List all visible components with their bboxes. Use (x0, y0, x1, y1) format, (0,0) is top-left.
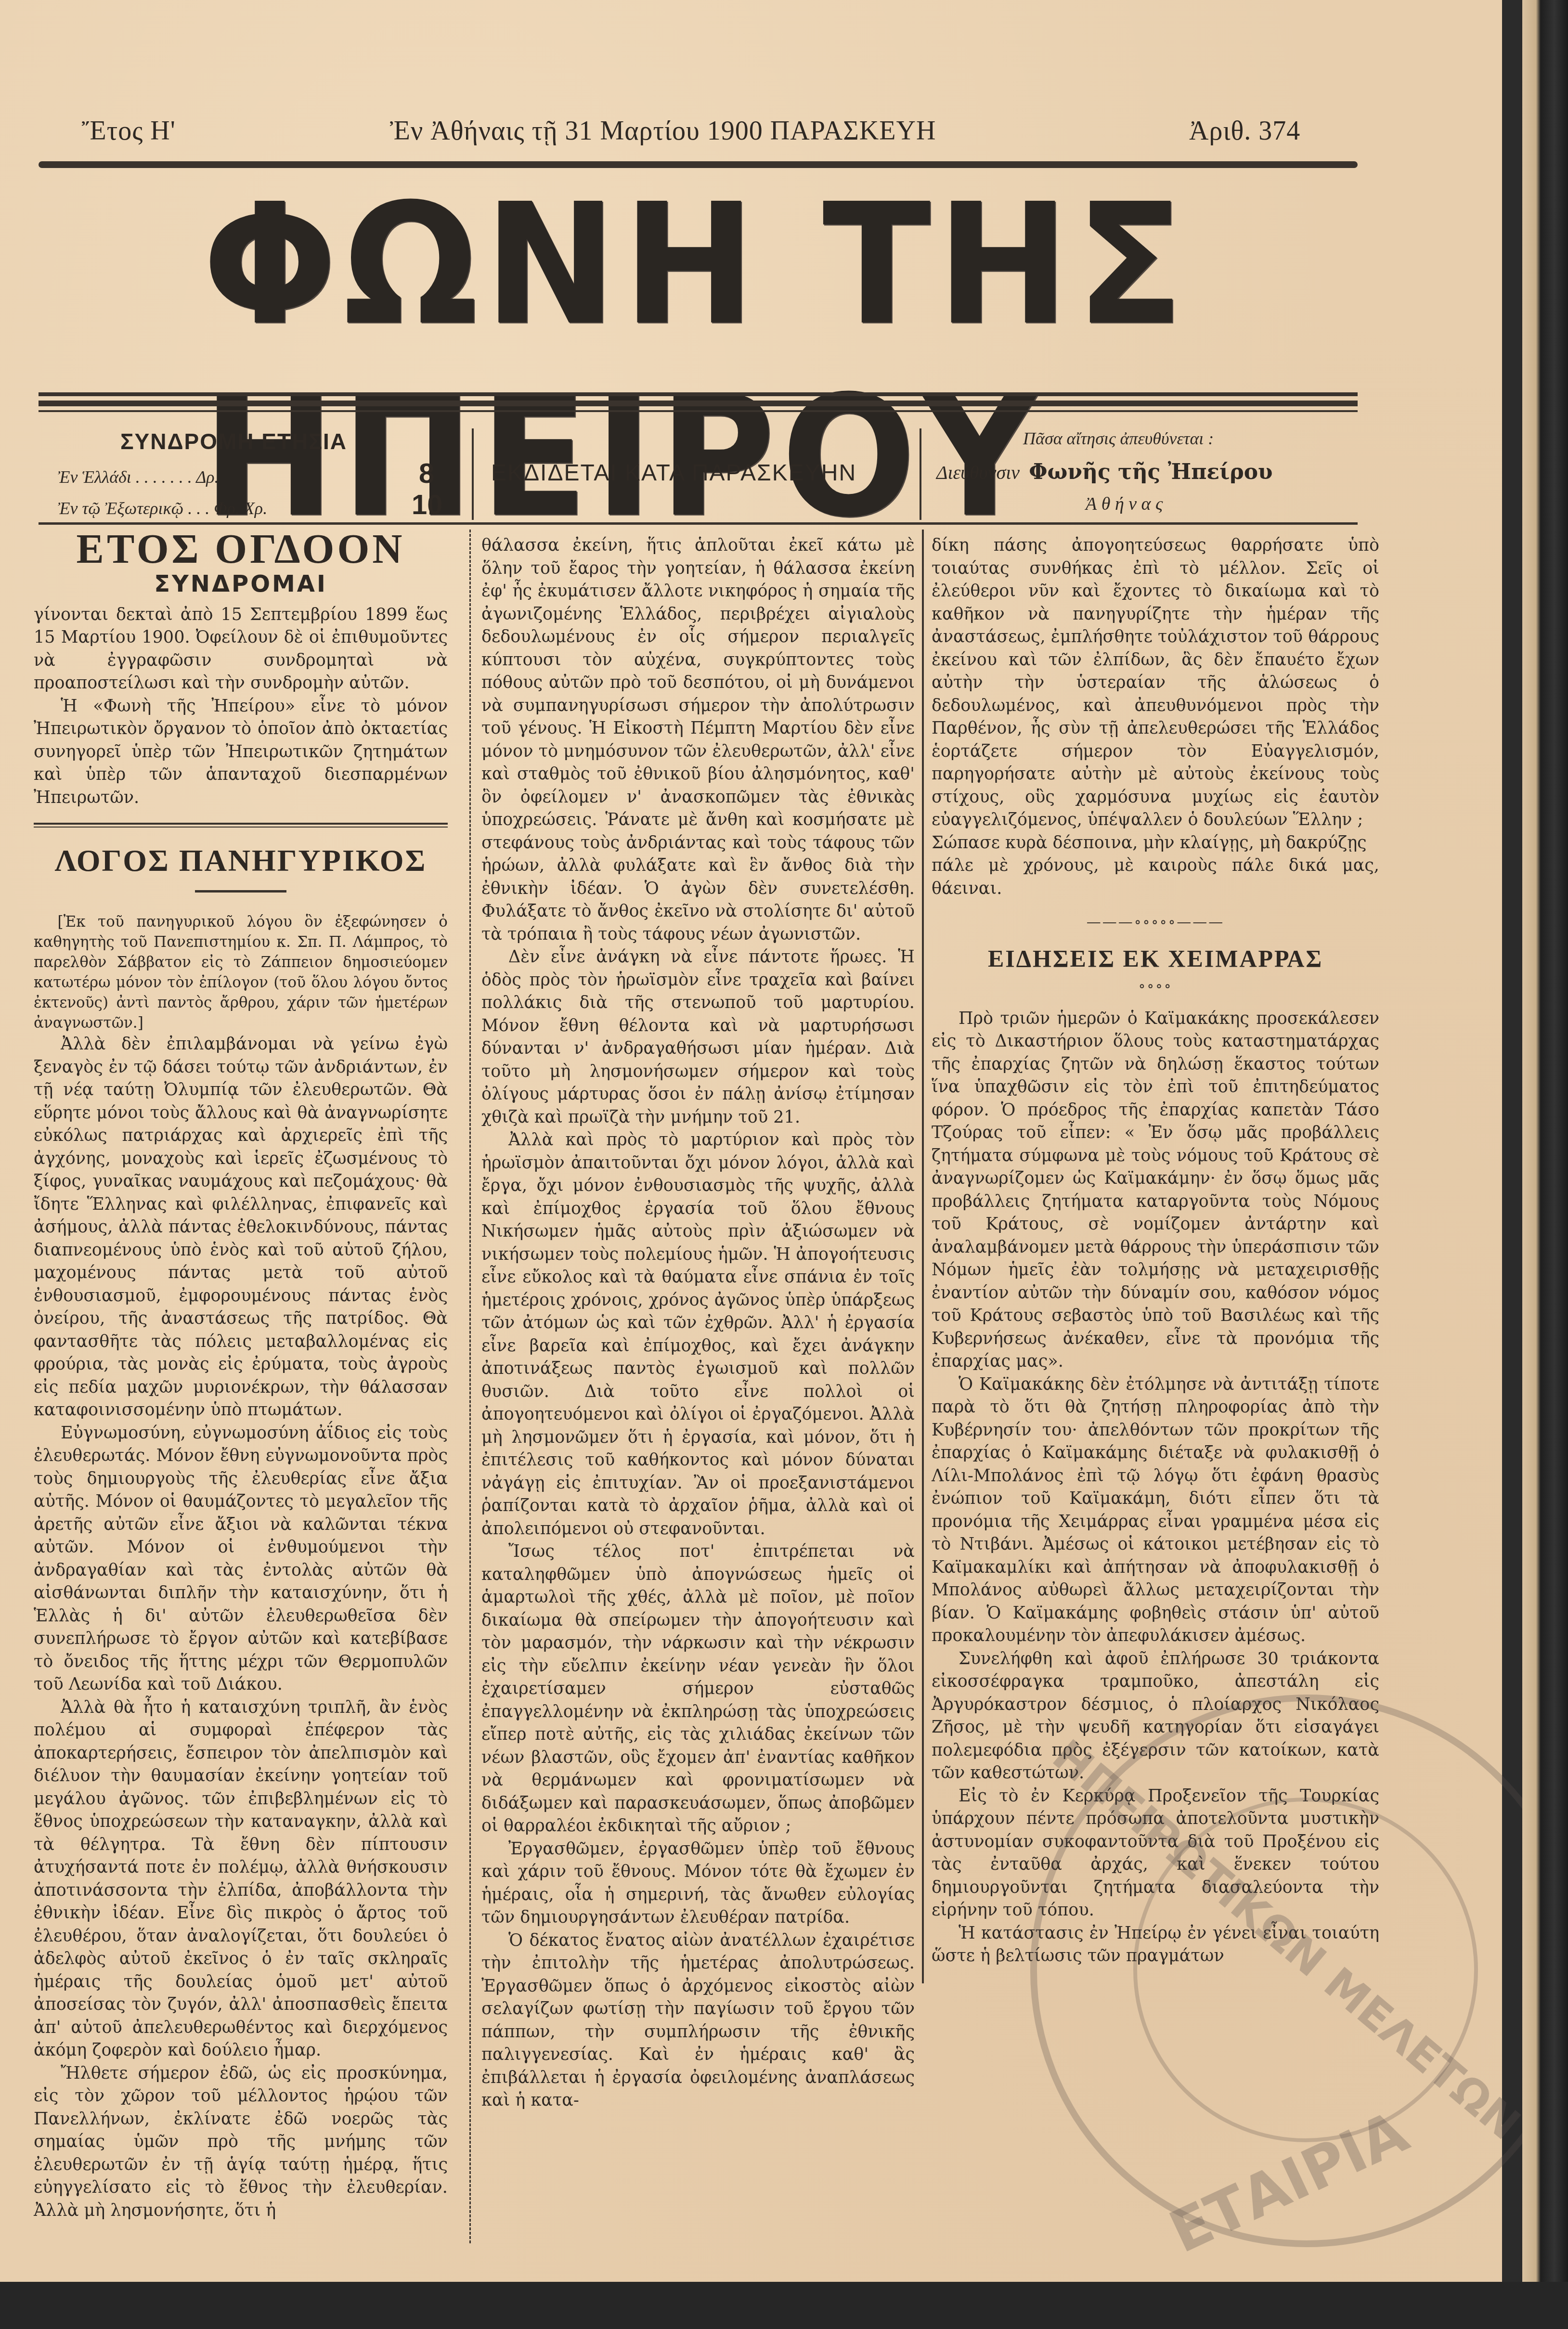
stamp-text-bottom: ΕΤΑΙΡΙΑ (1160, 2098, 1418, 2266)
verse-line: Σώπασε κυρὰ δέσποινα, μὴν κλαίγῃς, μὴ δα… (932, 832, 1379, 855)
abroad-label: Ἐν τῷ Ἐξωτερικῷ . . . Φρ. Χρ. (58, 498, 267, 518)
news-paragraph: Πρὸ τριῶν ἡμερῶν ὁ Καϊμακάκης προσεκάλεσ… (932, 1008, 1379, 1373)
subscription-heading: ΣΥΝΔΡΟΜΗ ΕΤΗΣΙΑ (120, 428, 347, 454)
info-bar: ΣΥΝΔΡΟΜΗ ΕΤΗΣΙΑ Ἐν Ἑλλάδι . . . . . . . … (39, 409, 1358, 515)
article-paragraph: Ἴσως τέλος ποτ' ἐπιτρέπεται νὰ καταληφθῶ… (481, 1540, 915, 1838)
notice-paragraph-1: γίνονται δεκταὶ ἀπὸ 15 Σεπτεμβρίου 1899 … (34, 604, 448, 695)
article-intro: [Ἐκ τοῦ πανηγυρικοῦ λόγου ὃν ἐξεφώνησεν … (34, 912, 448, 1033)
article-paragraph: Εὐγνωμοσύνη, εὐγνωμοσύνη ἀΐδιος εἰς τοὺς… (34, 1422, 448, 1696)
info-divider-2 (920, 428, 921, 520)
news-paragraph: Ὁ Καϊμακάκης δὲν ἐτόλμησε νὰ ἀντιτάξῃ τί… (932, 1373, 1379, 1648)
masthead-bottom-rule-2 (39, 401, 1358, 406)
address-city: Ἀ θ ή ν α ς (1086, 493, 1163, 515)
news-paragraph: Συνελήφθη καὶ ἀφοῦ ἐπλήρωσε 30 τριάκοντα… (932, 1648, 1379, 1785)
article-paragraph: Ὁ δέκατος ἔνατος αἰὼν ἀνατέλλων ἐχαιρέτι… (481, 1929, 915, 2112)
article-paragraph: Δὲν εἶνε ἀνάγκη νὰ εἶνε πάντοτε ἥρωες. Ἡ… (481, 946, 915, 1129)
article-paragraph: Ἀλλὰ καὶ πρὸς τὸ μαρτύριον καὶ πρὸς τὸν … (481, 1129, 915, 1540)
news-heading: ΕΙΔΗΣΕΙΣ ΕΚ ΧΕΙΜΑΡΡΑΣ (932, 947, 1379, 970)
masthead-bottom-rule-1 (39, 392, 1358, 396)
article-paragraph: θάλασσα ἐκείνη, ἥτις ἁπλοῦται ἐκεῖ κάτω … (481, 534, 915, 946)
article-paragraph: Ἀλλὰ θὰ ἦτο ἡ καταισχύνη τριπλῆ, ἂν ἑνὸς… (34, 1696, 448, 2062)
bottom-binding (0, 2282, 1568, 2329)
address-box: Πᾶσα αἴτησις ἀπευθύνεται : Διεύθυνσιν Φω… (927, 409, 1360, 515)
verse-line: πάλε μὲ χρόνους, μὲ καιροὺς πάλε δικά μα… (932, 854, 1379, 900)
article-paragraph: Ἐργασθῶμεν, ἐργασθῶμεν ὑπὲρ τοῦ ἔθνους κ… (481, 1838, 915, 1929)
column-2: θάλασσα ἐκείνη, ἥτις ἁπλοῦται ἐκεῖ κάτω … (481, 534, 915, 2112)
section-divider (34, 823, 448, 828)
year-label: Ἔτος Η' (82, 116, 176, 146)
info-divider-1 (472, 428, 474, 520)
abroad-price: 10 (412, 489, 443, 521)
ornament-divider: ———∘∘∘∘∘——— (932, 911, 1379, 934)
domestic-price: 8 (419, 457, 434, 490)
column-3: δίκη πάσης ἀπογοητεύσεως θαρρήσατε ὑπὸ τ… (932, 534, 1379, 1968)
column-divider-2 (922, 530, 924, 1983)
issue-number: Ἀριθ. 374 (1189, 116, 1300, 146)
publication-box: ΕΚΔΙΔΕΤΑΙ ΚΑΤΑ ΠΑΡΑΣΚΕΥΗΝ (477, 409, 920, 515)
newspaper-page: Ἔτος Η' Ἐν Ἀθήναις τῇ 31 Μαρτίου 1900 ΠΑ… (0, 0, 1502, 2282)
column-1: ΕΤΟΣ ΟΓΔΟΟΝ ΣΥΝΔΡΟΜΑΙ γίνονται δεκταὶ ἀπ… (34, 525, 448, 2222)
notice-subheading: ΣΥΝΔΡΟΜΑΙ (34, 573, 448, 596)
masthead-top-line: Ἔτος Η' Ἐν Ἀθήναις τῇ 31 Μαρτίου 1900 ΠΑ… (82, 116, 1334, 154)
address-prefix: Διεύθυνσιν (936, 462, 1020, 483)
book-binding (1522, 0, 1568, 2329)
masthead-top-rule (39, 161, 1358, 168)
ornament-small: ∘∘∘∘ (932, 975, 1379, 998)
subscription-box: ΣΥΝΔΡΟΜΗ ΕΤΗΣΙΑ Ἐν Ἑλλάδι . . . . . . . … (39, 409, 462, 515)
news-paragraph: Ἡ κατάστασις ἐν Ἠπείρῳ ἐν γένει εἶναι το… (932, 1922, 1379, 1968)
address-name: Φωνῆς τῆς Ἠπείρου (1029, 460, 1272, 484)
notice-heading: ΕΤΟΣ ΟΓΔΟΟΝ (34, 525, 448, 573)
address-line2: Διεύθυνσιν Φωνῆς τῆς Ἠπείρου (936, 460, 1273, 484)
notice-paragraph-2: Ἡ «Φωνὴ τῆς Ἠπείρου» εἶνε τὸ μόνον Ἠπειρ… (34, 695, 448, 810)
address-line1: Πᾶσα αἴτησις ἀπευθύνεται : (1023, 428, 1214, 449)
publication-frequency: ΕΚΔΙΔΕΤΑΙ ΚΑΤΑ ΠΑΡΑΣΚΕΥΗΝ (491, 460, 856, 486)
domestic-label: Ἐν Ἑλλάδι . . . . . . . Δρ. (58, 467, 219, 487)
newspaper-title: ΦΩΝΗ ΤΗΣ ΗΠΕΙΡΟΥ (202, 169, 1372, 361)
article-paragraph: Ἤλθετε σήμερον ἐδῶ, ὡς εἰς προσκύνημα, ε… (34, 2062, 448, 2223)
article-paragraph: δίκη πάσης ἀπογοητεύσεως θαρρήσατε ὑπὸ τ… (932, 534, 1379, 832)
heading-underline (195, 890, 286, 893)
dateline: Ἐν Ἀθήναις τῇ 31 Μαρτίου 1900 ΠΑΡΑΣΚΕΥΗ (390, 116, 936, 146)
article-heading: ΛΟΓΟΣ ΠΑΝΗΓΥΡΙΚΟΣ (34, 842, 448, 880)
news-paragraph: Εἰς τὸ ἐν Κερκύρᾳ Προξενεῖον τῆς Τουρκία… (932, 1785, 1379, 1922)
article-paragraph: Ἀλλὰ δὲν ἐπιλαμβάνομαι νὰ γείνω ἐγὼ ξενα… (34, 1033, 448, 1422)
column-divider-1 (469, 530, 471, 2243)
